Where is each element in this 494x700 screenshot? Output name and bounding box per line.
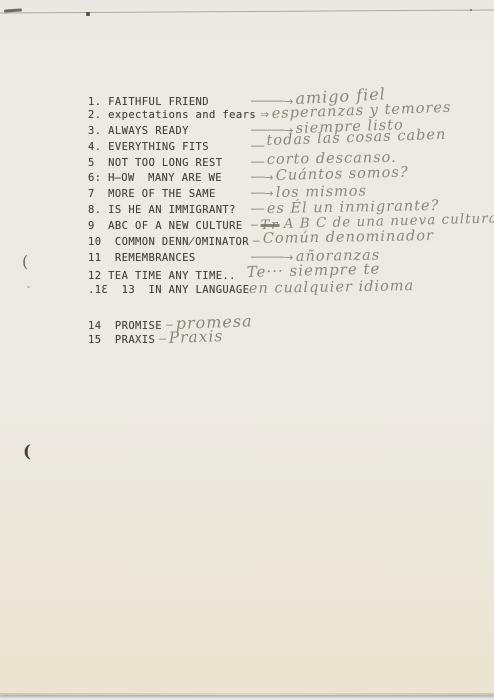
list-item: 15 PRAXIS ─ Praxis xyxy=(88,329,488,345)
typed-english-label: 15 PRAXIS xyxy=(88,334,155,346)
pencil-arrow-connector: ─ xyxy=(251,219,258,232)
list-item: 6: H̶OW MANY ARE WE ──→ Cuántos somos? xyxy=(88,169,488,185)
typed-english-label: 9 ABC OF A NEW CULTURE xyxy=(88,220,247,232)
pencil-speck xyxy=(27,286,30,288)
typed-english-label: .1Ɛ 13 IN ANY LANGUAGE xyxy=(88,284,249,296)
typed-english-label: 5 NOT TOO LONG REST xyxy=(88,157,247,169)
typed-english-label: 11 REMEMBRANCES xyxy=(88,252,247,264)
list-item: .1Ɛ 13 IN ANY LANGUAGE en cualquier idio… xyxy=(88,281,488,297)
handwritten-spanish-translation: Te··· siempre te xyxy=(246,259,380,280)
list-item: 2. expectations and fears ⇒ esperanzas y… xyxy=(88,106,488,122)
pencil-arrow-connector: ── xyxy=(251,140,264,153)
list-item: 10 COMMON DENN̸OMINATOR ─ Común denomina… xyxy=(88,233,488,249)
left-margin-paren-mark: ( xyxy=(23,442,31,462)
handwritten-spanish-translation: en cualquier idioma xyxy=(249,278,415,297)
typed-english-label: 7 MORE OF THE SAME xyxy=(88,188,247,200)
typed-english-label: 4. EVERYTHING FITS xyxy=(88,141,247,153)
handwritten-spanish-translation: Cuántos somos? xyxy=(276,165,409,184)
pencil-arrow-connector: ─ xyxy=(159,333,166,346)
handwritten-spanish-translation: Praxis xyxy=(168,328,223,348)
pencil-arrow-connector: ⇒ xyxy=(260,108,269,121)
typed-english-label: 8. IS HE AN IMMIGRANT? xyxy=(88,204,247,216)
handwritten-spanish-translation: Común denominador xyxy=(262,228,433,247)
typed-english-label: 10 COMMON DENN̸OMINATOR xyxy=(88,236,249,248)
scanned-paper-sheet: ( ( 1. FAITHFUL FRIEND ─────→ amigo fiel… xyxy=(0,0,494,695)
list-item: 12 TEA TIME ANY TIME.. Te··· siempre te xyxy=(88,265,488,281)
typed-english-label: 1. FAITHFUL FRIEND xyxy=(88,96,247,108)
typed-english-label: 14 PROMISE xyxy=(88,320,162,332)
ink-speck xyxy=(470,9,472,11)
typed-english-label: 6: H̶OW MANY ARE WE xyxy=(88,172,247,184)
fold-crease-line xyxy=(0,9,494,13)
left-margin-paren-mark: ( xyxy=(22,252,28,271)
pencil-arrow-connector: ─ xyxy=(253,235,260,248)
typed-english-label: 3. ALWAYS READY xyxy=(88,125,247,137)
typed-list: 1. FAITHFUL FRIEND ─────→ amigo fiel 2. … xyxy=(88,90,488,345)
pencil-arrow-connector: ──→ xyxy=(251,187,273,200)
list-item: 14 PROMISE ─ promesa xyxy=(88,314,488,330)
pencil-arrow-connector: ── xyxy=(251,203,264,216)
pencil-arrow-connector: ── xyxy=(251,156,264,169)
typed-english-label: 2. expectations and fears xyxy=(88,109,256,121)
ink-speck xyxy=(86,12,90,16)
pencil-arrow-connector: ──→ xyxy=(251,171,273,184)
typed-english-label: 12 TEA TIME ANY TIME.. xyxy=(88,270,247,282)
